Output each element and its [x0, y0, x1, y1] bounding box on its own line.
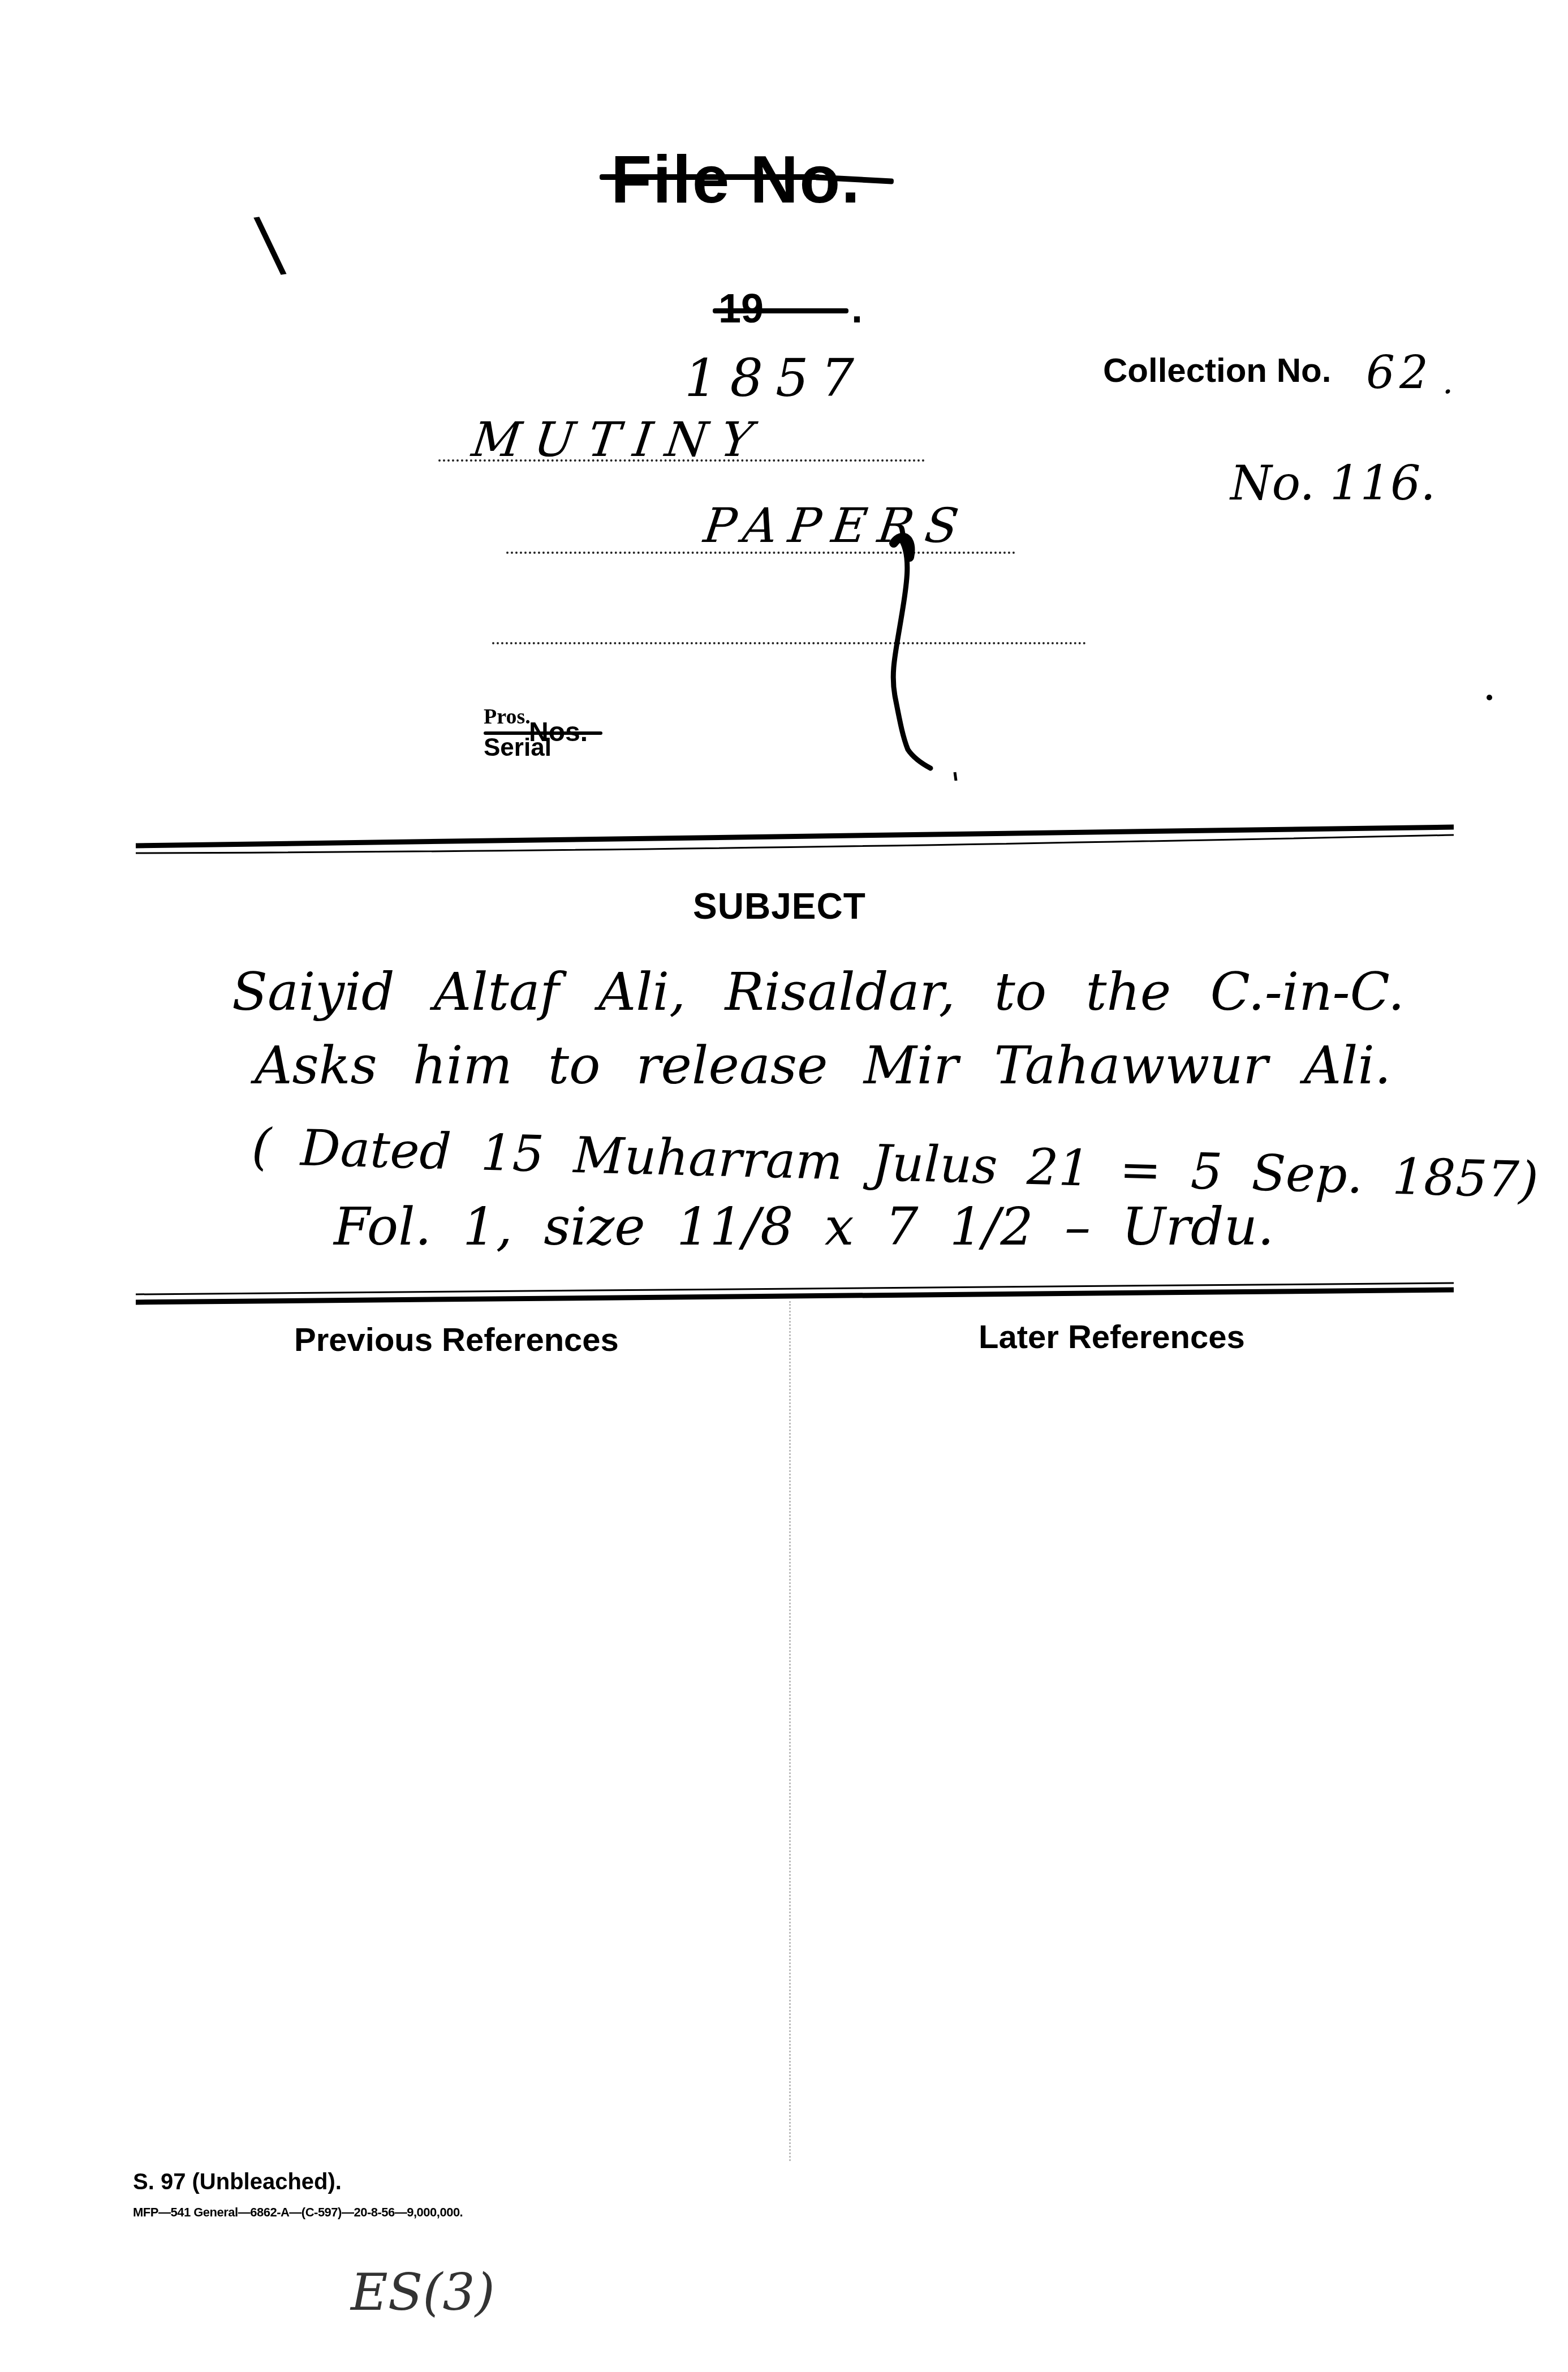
previous-references-heading: Previous References [294, 1321, 619, 1359]
bottom-pencil-mark: ES(3) [351, 2263, 495, 2322]
item-number: No. 116. [1230, 455, 1436, 511]
previous-references-list [136, 1369, 781, 2116]
serial-nos-strikethrough [484, 731, 602, 735]
year-suffix-dot: . [851, 286, 863, 332]
stray-dot [1487, 695, 1492, 700]
year-handwritten: 1857 [684, 348, 867, 408]
subject-line-2: Asks him to release Mir Tahawwur Ali. [255, 1035, 1391, 1096]
file-no-block: File No. [611, 141, 861, 218]
subject-line-3: ( Dated 15 Muharram Julus 21 = 5 Sep. 18… [251, 1117, 1539, 1209]
later-references-list [798, 1369, 1442, 2116]
subject-line-1: Saiyid Altaf Ali, Risaldar, to the C.-in… [232, 962, 1405, 1022]
file-no-strikethrough [600, 174, 820, 180]
subject-heading: SUBJECT [693, 885, 866, 927]
print-line: MFP—541 General—6862-A—(C-597)—20-8-56—9… [133, 2205, 463, 2220]
year-printed-block: 19 . [718, 286, 764, 332]
ink-stroke [860, 532, 996, 781]
collection-label: Collection No. [1103, 351, 1331, 389]
subject-line-4: Fol. 1, size 11/8 x 7 1/2 – Urdu. [334, 1196, 1274, 1257]
collection-dot: . [1442, 362, 1453, 402]
later-references-heading: Later References [979, 1318, 1245, 1356]
title-rule-1 [438, 459, 925, 462]
serial-label-top: Pros. [484, 704, 531, 729]
form-code: S. 97 (Unbleached). [133, 2169, 342, 2195]
title-rule-3 [492, 642, 1086, 644]
collection-value: 62 [1366, 346, 1433, 399]
collection-block: Collection No. 62 . [1103, 351, 1331, 390]
subject-top-double-rule [136, 820, 1454, 854]
references-column-divider [789, 1301, 791, 2161]
subject-bottom-double-rule [136, 1273, 1454, 1307]
year-prefix-strikethrough [713, 308, 848, 313]
margin-mark: \ [252, 200, 288, 289]
